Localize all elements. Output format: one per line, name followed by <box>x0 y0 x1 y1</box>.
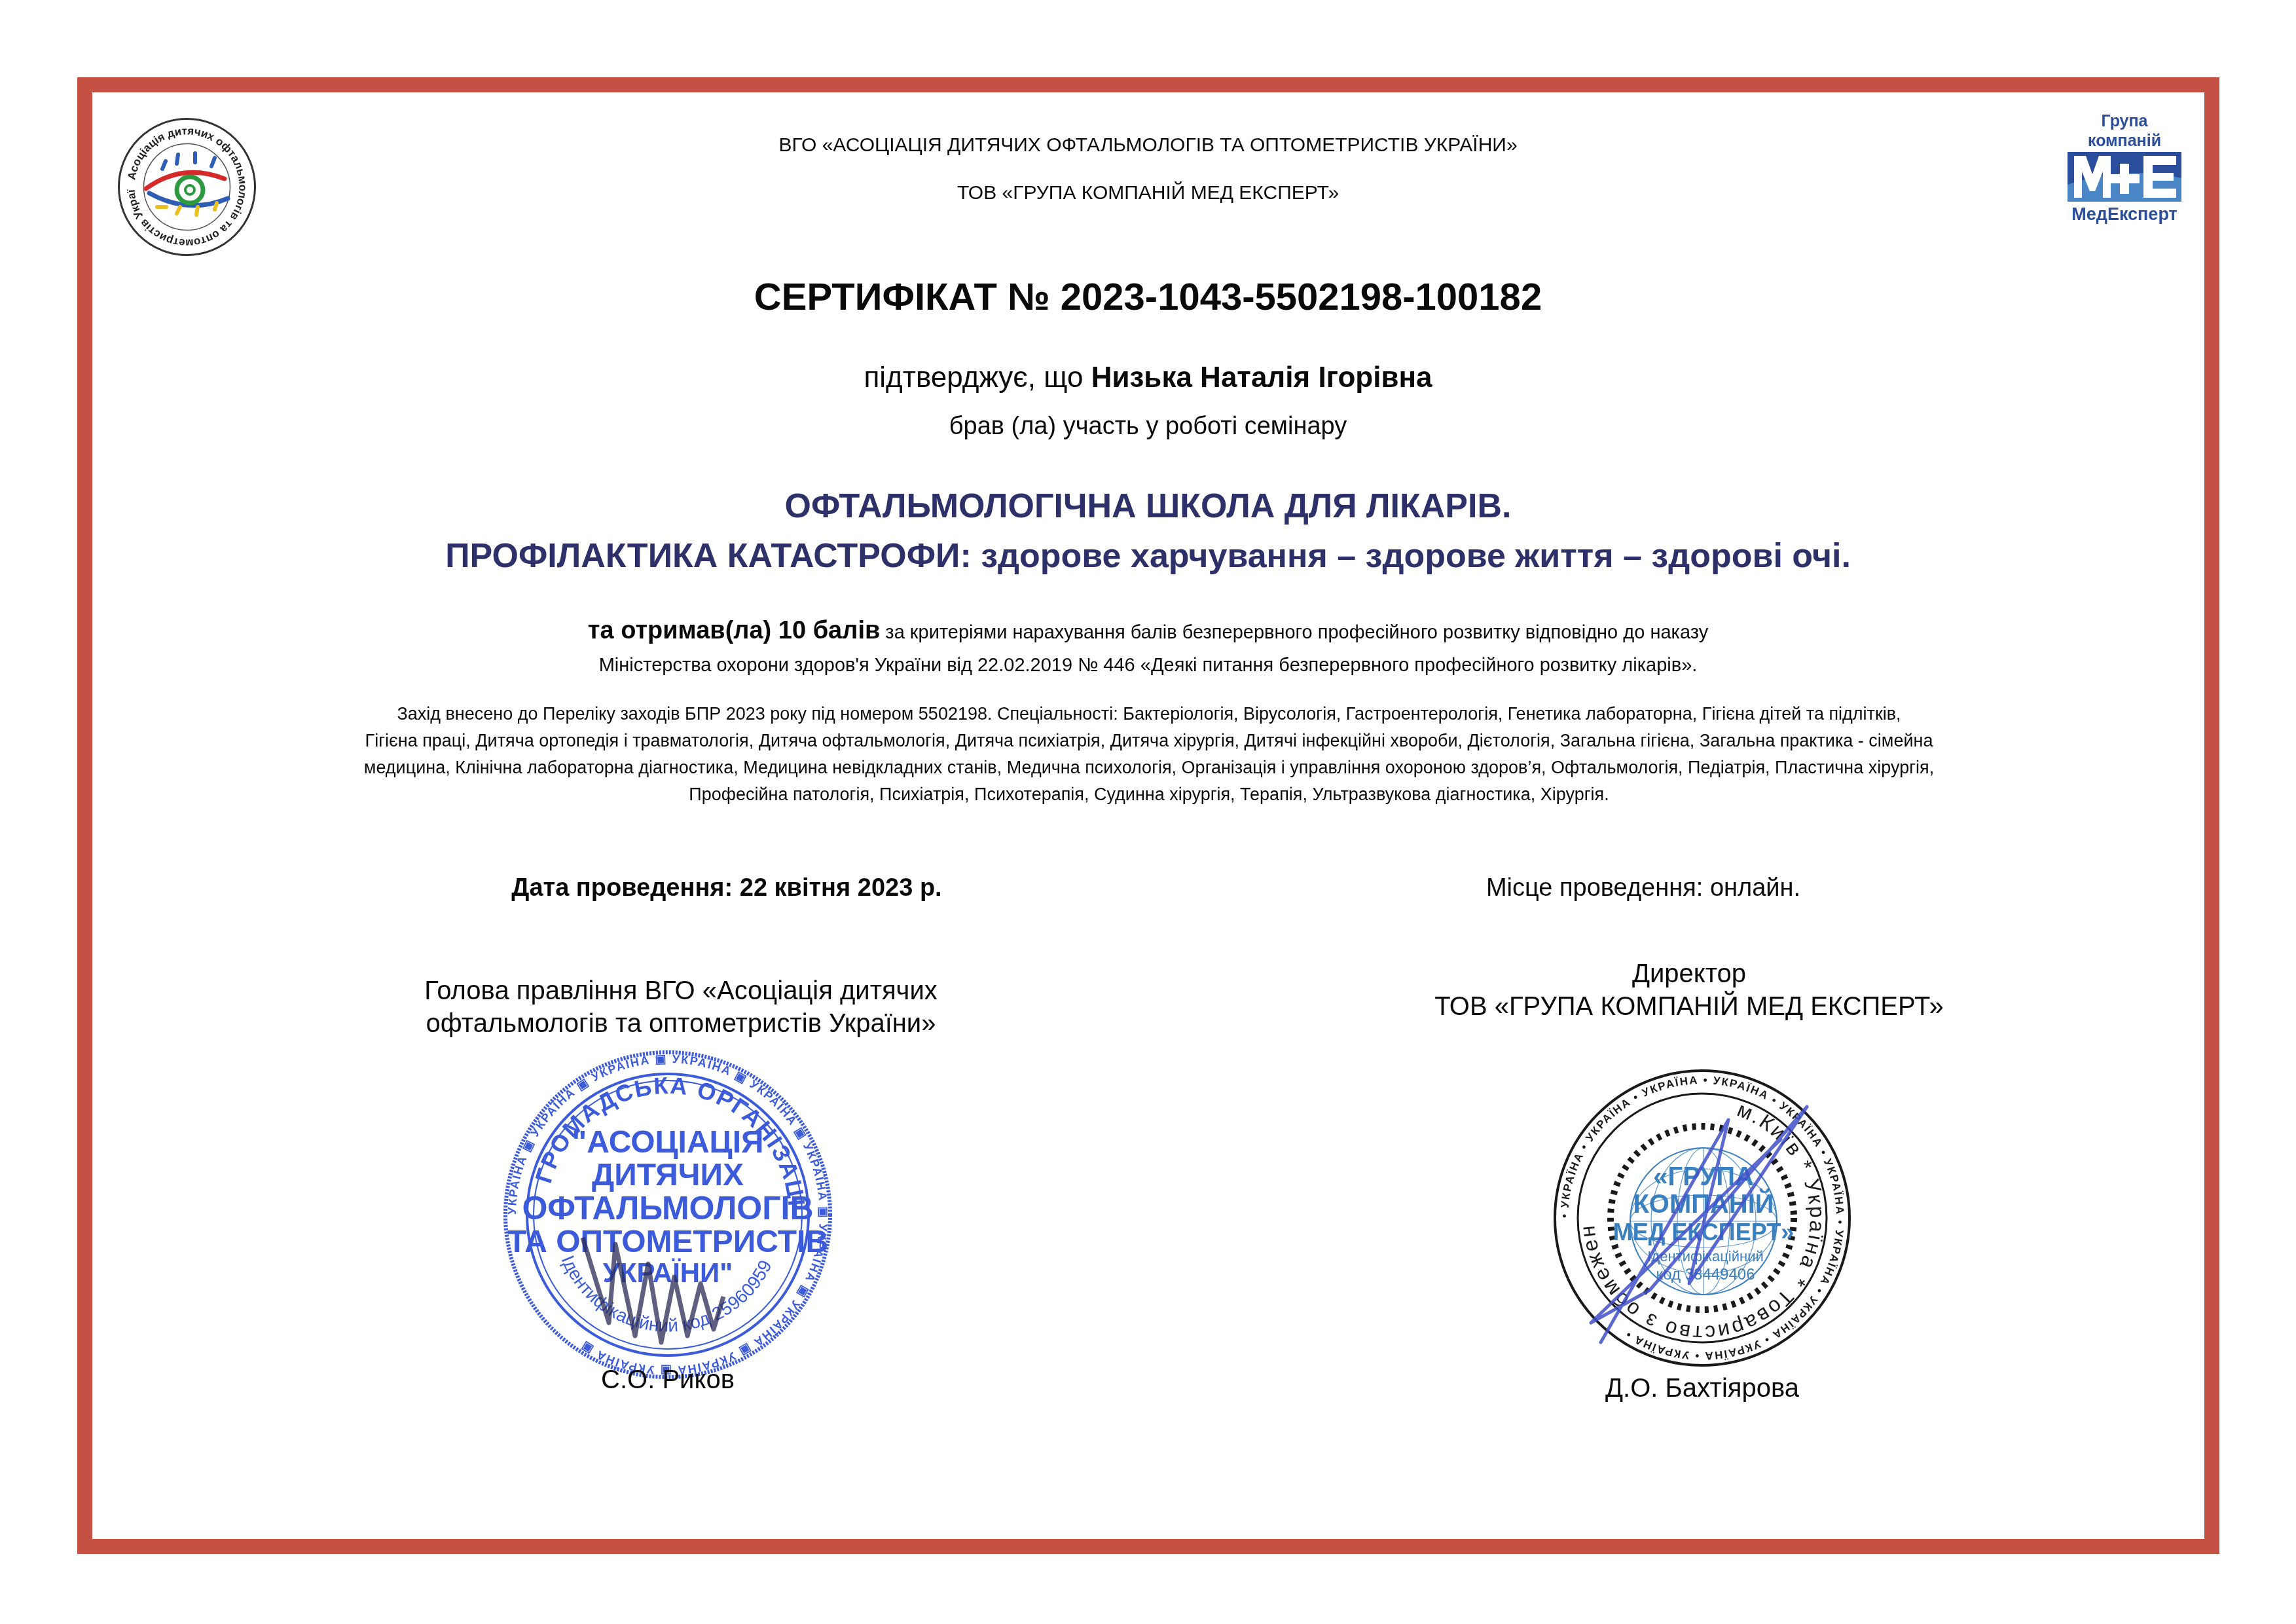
points-awarded: та отримав(ла) 10 балів <box>588 617 880 644</box>
medexpert-logo-bottom-text: МедЕксперт <box>2062 203 2187 225</box>
seminar-title-line-2: ПРОФІЛАКТИКА КАТАСТРОФИ: здорове харчува… <box>0 531 2296 581</box>
event-specialties-info: Захід внесено до Переліку заходів БПР 20… <box>151 701 2147 808</box>
medexpert-stamp-icon: • УКРАЇНА • УКРАЇНА • УКРАЇНА • УКРАЇНА … <box>1532 1041 1872 1382</box>
left-signatory-name: С.О. Риков <box>498 1365 838 1395</box>
points-order-reference: Міністерства охорони здоров'я України ві… <box>0 649 2296 682</box>
confirms-prefix: підтверджує, що <box>864 361 1091 394</box>
confirms-line: підтверджує, що Низька Наталія Ігорівна <box>0 361 2296 394</box>
svg-text:код 38449406: код 38449406 <box>1656 1266 1755 1283</box>
points-statement: та отримав(ла) 10 балів за критеріями на… <box>0 614 2296 682</box>
event-place: Місце проведення: онлайн. <box>1316 874 1971 902</box>
medexpert-stamp: • УКРАЇНА • УКРАЇНА • УКРАЇНА • УКРАЇНА … <box>1532 1041 1872 1382</box>
right-signatory-title: Директор ТОВ «ГРУПА КОМПАНІЙ МЕД ЕКСПЕРТ… <box>1362 957 2016 1023</box>
header-org-line-2: ТОВ «ГРУПА КОМПАНІЙ МЕД ЕКСПЕРТ» <box>0 182 2296 204</box>
association-stamp-icon: УКРАЇНА ▣ УКРАЇНА ▣ УКРАЇНА ▣ УКРАЇНА ▣ … <box>498 1048 838 1382</box>
right-signatory-title-line-2: ТОВ «ГРУПА КОМПАНІЙ МЕД ЕКСПЕРТ» <box>1362 990 2016 1023</box>
event-date: Дата проведення: 22 квітня 2023 р. <box>367 874 1087 902</box>
event-info-line: медицина, Клінічна лабораторна діагности… <box>151 754 2147 781</box>
event-info-line: Захід внесено до Переліку заходів БПР 20… <box>151 701 2147 728</box>
right-signatory-name: Д.О. Бахтіярова <box>1532 1374 1872 1403</box>
participation-line: брав (ла) участь у роботі семінару <box>0 413 2296 441</box>
header-org-line-1: ВГО «АСОЦІАЦІЯ ДИТЯЧИХ ОФТАЛЬМОЛОГІВ ТА … <box>0 134 2296 157</box>
left-signatory-title-line-2: офтальмологів та оптометристів України» <box>340 1007 1021 1040</box>
points-criteria-text: за критеріями нарахування балів безперер… <box>880 622 1708 643</box>
certificate-title: СЕРТИФІКАТ № 2023-1043-5502198-100182 <box>0 275 2296 319</box>
svg-text:ТА ОПТОМЕТРИСТІВ: ТА ОПТОМЕТРИСТІВ <box>507 1225 828 1259</box>
left-signatory-title: Голова правління ВГО «Асоціація дитячих … <box>340 974 1021 1040</box>
event-info-line: Професійна патологія, Психіатрія, Психот… <box>151 781 2147 808</box>
svg-text:ОФТАЛЬМОЛОГІВ: ОФТАЛЬМОЛОГІВ <box>522 1190 813 1227</box>
svg-text:ДИТЯЧИХ: ДИТЯЧИХ <box>592 1158 744 1192</box>
seminar-title: ОФТАЛЬМОЛОГІЧНА ШКОЛА ДЛЯ ЛІКАРІВ. ПРОФІ… <box>0 481 2296 581</box>
left-signatory-title-line-1: Голова правління ВГО «Асоціація дитячих <box>340 974 1021 1007</box>
association-stamp: УКРАЇНА ▣ УКРАЇНА ▣ УКРАЇНА ▣ УКРАЇНА ▣ … <box>498 1048 838 1382</box>
svg-text:"АСОЦІАЦІЯ: "АСОЦІАЦІЯ <box>572 1125 764 1160</box>
right-signatory-title-line-1: Директор <box>1362 957 2016 990</box>
event-info-line: Гігієна праці, Дитяча ортопедія і травма… <box>151 728 2147 754</box>
seminar-title-line-1: ОФТАЛЬМОЛОГІЧНА ШКОЛА ДЛЯ ЛІКАРІВ. <box>0 481 2296 531</box>
recipient-name: Низька Наталія Ігорівна <box>1091 361 1432 394</box>
